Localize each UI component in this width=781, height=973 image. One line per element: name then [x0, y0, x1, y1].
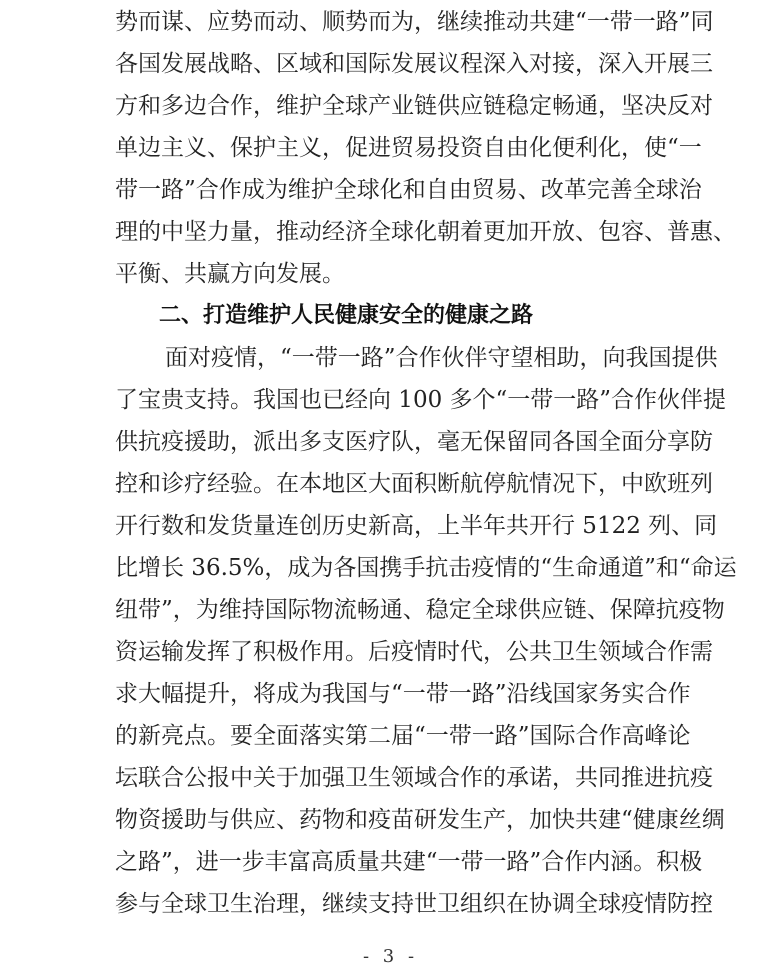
paragraph-line: 单边主义、保护主义，促进贸易投资自由化便利化，使“一	[115, 127, 665, 169]
paragraph-line: 参与全球卫生治理，继续支持世卫组织在协调全球疫情防控	[115, 883, 665, 925]
section-heading: 二、打造维护人民健康安全的健康之路	[115, 295, 665, 337]
paragraph-line: 求大幅提升，将成为我国与“一带一路”沿线国家务实合作	[115, 673, 665, 715]
paragraph-line: 资运输发挥了积极作用。后疫情时代，公共卫生领域合作需	[115, 631, 665, 673]
paragraph-line: 带一路”合作成为维护全球化和自由贸易、改革完善全球治	[115, 169, 665, 211]
paragraph-line: 坛联合公报中关于加强卫生领域合作的承诺，共同推进抗疫	[115, 757, 665, 799]
paragraph-line: 控和诊疗经验。在本地区大面积断航停航情况下，中欧班列	[115, 463, 665, 505]
paragraph-line: 比增长 36.5%，成为各国携手抗击疫情的“生命通道”和“命运	[115, 547, 665, 589]
paragraph-line: 了宝贵支持。我国也已经向 100 多个“一带一路”合作伙伴提	[115, 379, 665, 421]
paragraph-line: 平衡、共赢方向发展。	[115, 253, 665, 295]
paragraph-line: 供抗疫援助，派出多支医疗队，毫无保留同各国全面分享防	[115, 421, 665, 463]
paragraph-line: 方和多边合作，维护全球产业链供应链稳定畅通，坚决反对	[115, 85, 665, 127]
document-page: 势而谋、应势而动、顺势而为，继续推动共建“一带一路”同 各国发展战略、区域和国际…	[0, 0, 781, 973]
document-body: 势而谋、应势而动、顺势而为，继续推动共建“一带一路”同 各国发展战略、区域和国际…	[115, 1, 665, 925]
paragraph-line: 开行数和发货量连创历史新高，上半年共开行 5122 列、同	[115, 505, 665, 547]
paragraph-line: 之路”，进一步丰富高质量共建“一带一路”合作内涵。积极	[115, 841, 665, 883]
paragraph-line: 的新亮点。要全面落实第二届“一带一路”国际合作高峰论	[115, 715, 665, 757]
paragraph-line: 纽带”，为维持国际物流畅通、稳定全球供应链、保障抗疫物	[115, 589, 665, 631]
paragraph-line: 物资援助与供应、药物和疫苗研发生产，加快共建“健康丝绸	[115, 799, 665, 841]
paragraph-line: 势而谋、应势而动、顺势而为，继续推动共建“一带一路”同	[115, 1, 665, 43]
paragraph-line: 各国发展战略、区域和国际发展议程深入对接，深入开展三	[115, 43, 665, 85]
paragraph-line: 理的中坚力量，推动经济全球化朝着更加开放、包容、普惠、	[115, 211, 665, 253]
paragraph-line: 面对疫情，“一带一路”合作伙伴守望相助，向我国提供	[115, 337, 665, 379]
page-number: - 3 -	[0, 946, 781, 967]
